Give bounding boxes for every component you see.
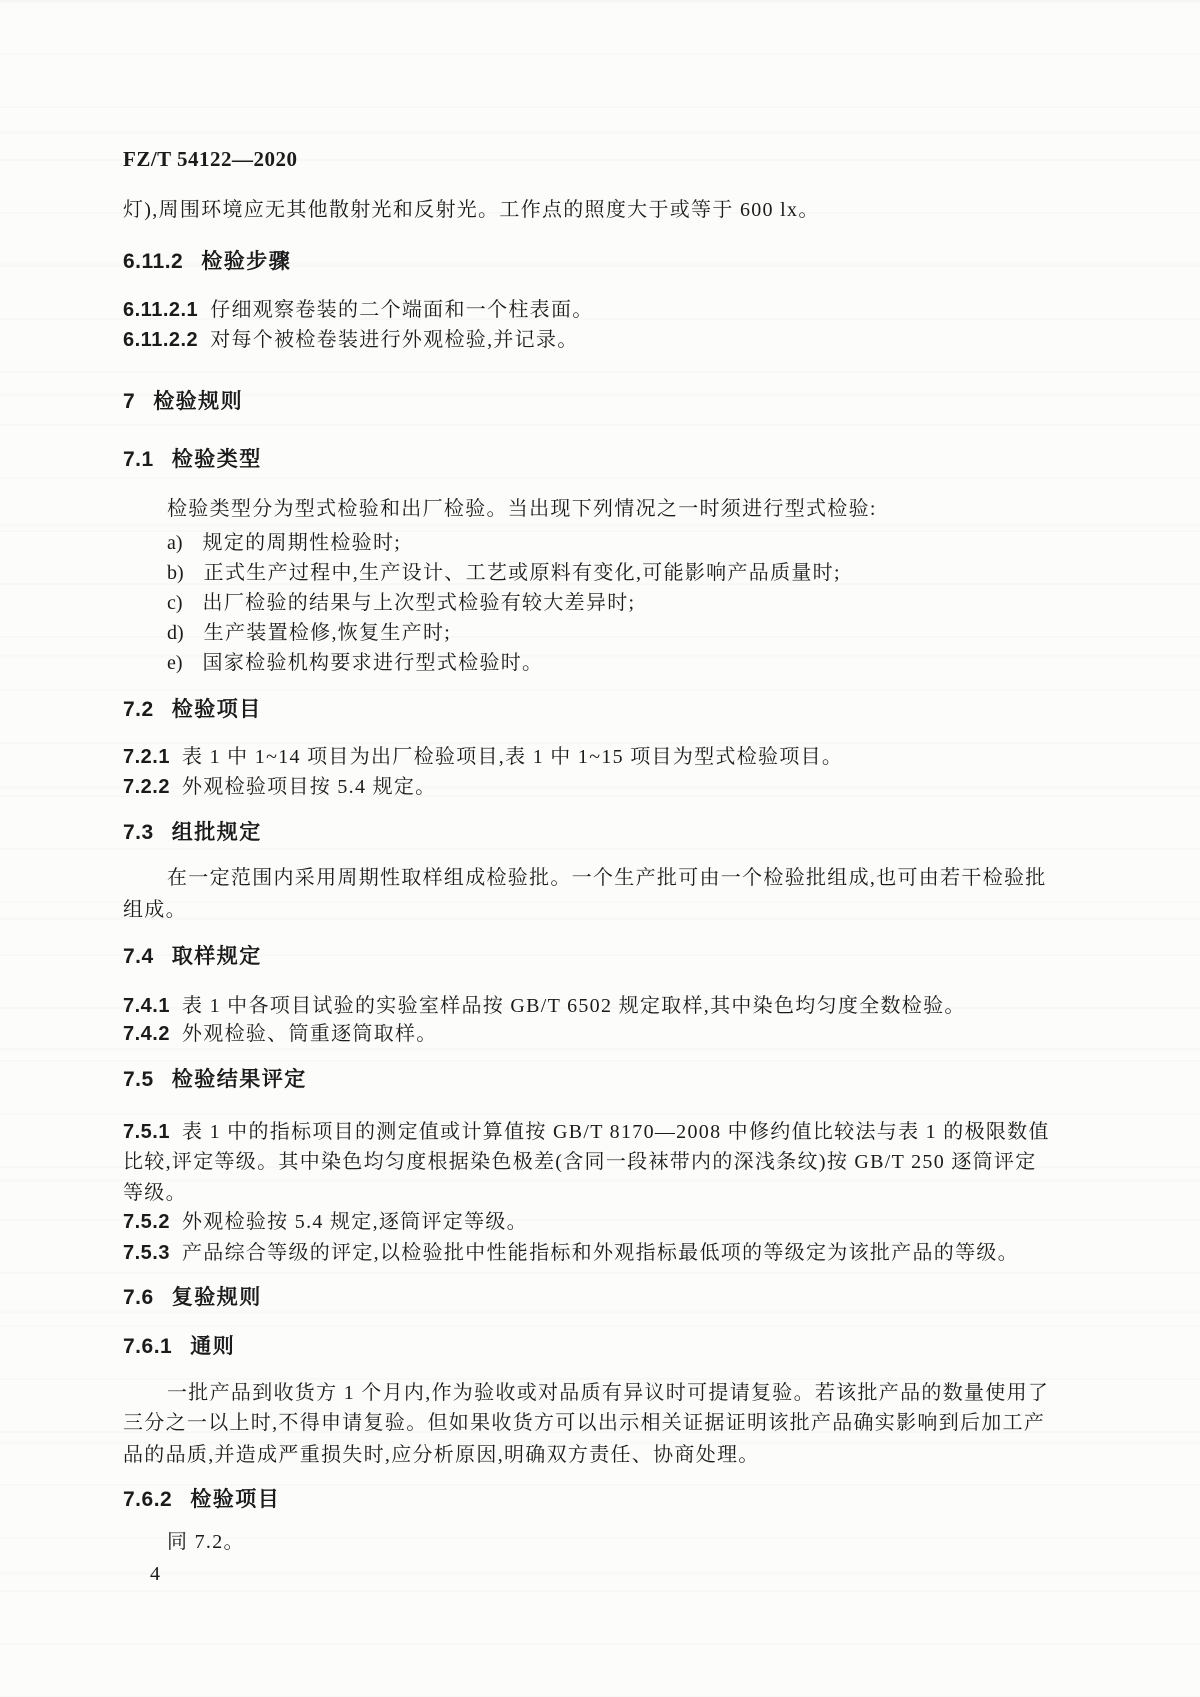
clause-number: 7.5.2 xyxy=(123,1211,170,1233)
chapter-heading: 7检验规则 xyxy=(123,389,1073,415)
subsection-number: 7.6.1 xyxy=(123,1335,172,1358)
section-heading: 7.3组批规定 xyxy=(123,820,1073,846)
subsection-heading: 7.6.2检验项目 xyxy=(123,1487,1073,1513)
paragraph-line: 三分之一以上时,不得申请复验。但如果收货方可以出示相关证据证明该批产品确实影响到… xyxy=(123,1410,1073,1436)
clause-line: 7.4.1表 1 中各项目试验的实验室样品按 GB/T 6502 规定取样,其中… xyxy=(123,993,1073,1019)
list-text: 规定的周期性检验时; xyxy=(203,532,402,554)
clause-number: 7.5.1 xyxy=(123,1121,170,1143)
clause-number: 7.2.2 xyxy=(123,776,170,798)
list-text: 生产装置检修,恢复生产时; xyxy=(204,622,451,644)
section-title: 复验规则 xyxy=(172,1286,262,1309)
section-number: 7.3 xyxy=(123,821,154,844)
section-title: 检验步骤 xyxy=(201,250,291,273)
clause-text: 产品综合等级的评定,以检验批中性能指标和外观指标最低项的等级定为该批产品的等级。 xyxy=(182,1242,1019,1264)
clause-text: 表 1 中的指标项目的测定值或计算值按 GB/T 8170—2008 中修约值比… xyxy=(182,1121,1050,1143)
section-heading: 7.6复验规则 xyxy=(123,1285,1073,1311)
paragraph-line: 同 7.2。 xyxy=(123,1529,1117,1555)
list-marker: e) xyxy=(167,652,183,674)
subsection-heading: 7.6.1通则 xyxy=(123,1334,1073,1360)
clause-text: 表 1 中各项目试验的实验室样品按 GB/T 6502 规定取样,其中染色均匀度… xyxy=(182,995,966,1017)
paragraph-line: 在一定范围内采用周期性取样组成检验批。一个生产批可由一个检验批组成,也可由若干检… xyxy=(123,865,1117,891)
clause-text: 外观检验项目按 5.4 规定。 xyxy=(182,776,437,798)
clause-line: 7.5.1表 1 中的指标项目的测定值或计算值按 GB/T 8170—2008 … xyxy=(123,1119,1073,1145)
paragraph-line: 检验类型分为型式检验和出厂检验。当出现下列情况之一时须进行型式检验: xyxy=(123,496,1117,522)
clause-line: 7.2.1表 1 中 1~14 项目为出厂检验项目,表 1 中 1~15 项目为… xyxy=(123,744,1073,770)
document-page: FZ/T 54122—2020 灯),周围环境应无其他散射光和反射光。工作点的照… xyxy=(0,0,1200,1697)
standard-code-header: FZ/T 54122—2020 xyxy=(123,146,1073,172)
clause-number: 7.4.2 xyxy=(123,1023,170,1045)
clause-number: 7.4.1 xyxy=(123,995,170,1017)
clause-text: 外观检验、筒重逐筒取样。 xyxy=(182,1023,438,1045)
list-item: d)生产装置检修,恢复生产时; xyxy=(167,620,1117,646)
clause-number: 6.11.2.1 xyxy=(123,299,198,321)
clause-line: 7.5.2外观检验按 5.4 规定,逐筒评定等级。 xyxy=(123,1209,1073,1235)
chapter-title: 检验规则 xyxy=(153,390,243,413)
section-number: 7.2 xyxy=(123,698,154,721)
clause-number: 7.2.1 xyxy=(123,746,170,768)
list-item: e)国家检验机构要求进行型式检验时。 xyxy=(167,650,1117,676)
clause-line: 7.2.2外观检验项目按 5.4 规定。 xyxy=(123,774,1073,800)
clause-line: 6.11.2.2对每个被检卷装进行外观检验,并记录。 xyxy=(123,327,1073,353)
list-marker: d) xyxy=(167,622,184,644)
section-heading: 7.1检验类型 xyxy=(123,447,1073,473)
subsection-number: 7.6.2 xyxy=(123,1488,172,1511)
paragraph-line: 比较,评定等级。其中染色均匀度根据染色极差(含同一段袜带内的深浅条纹)按 GB/… xyxy=(123,1149,1073,1175)
clause-text: 外观检验按 5.4 规定,逐筒评定等级。 xyxy=(182,1211,528,1233)
section-number: 7.6 xyxy=(123,1286,154,1309)
list-item: a)规定的周期性检验时; xyxy=(167,530,1117,556)
section-title: 检验类型 xyxy=(172,448,262,471)
subsection-title: 检验项目 xyxy=(190,1488,280,1511)
clause-line: 7.5.3产品综合等级的评定,以检验批中性能指标和外观指标最低项的等级定为该批产… xyxy=(123,1240,1073,1266)
section-title: 取样规定 xyxy=(172,945,262,968)
paragraph-line: 品的品质,并造成严重损失时,应分析原因,明确双方责任、协商处理。 xyxy=(123,1442,1073,1468)
clause-line: 7.4.2外观检验、筒重逐筒取样。 xyxy=(123,1021,1073,1047)
clause-line: 6.11.2.1仔细观察卷装的二个端面和一个柱表面。 xyxy=(123,297,1073,323)
clause-number: 6.11.2.2 xyxy=(123,329,198,351)
paragraph-line: 一批产品到收货方 1 个月内,作为验收或对品质有异议时可提请复验。若该批产品的数… xyxy=(123,1380,1117,1406)
chapter-number: 7 xyxy=(123,390,135,413)
section-heading: 6.11.2检验步骤 xyxy=(123,249,1073,275)
list-text: 国家检验机构要求进行型式检验时。 xyxy=(203,652,544,674)
section-heading: 7.2检验项目 xyxy=(123,697,1073,723)
section-number: 6.11.2 xyxy=(123,250,183,273)
clause-text: 表 1 中 1~14 项目为出厂检验项目,表 1 中 1~15 项目为型式检验项… xyxy=(182,746,843,768)
list-item: b)正式生产过程中,生产设计、工艺或原料有变化,可能影响产品质量时; xyxy=(167,560,1117,586)
clause-text: 仔细观察卷装的二个端面和一个柱表面。 xyxy=(210,299,593,321)
body-line: 灯),周围环境应无其他散射光和反射光。工作点的照度大于或等于 600 lx。 xyxy=(123,197,1073,223)
page-number: 4 xyxy=(150,1563,160,1586)
list-marker: a) xyxy=(167,532,183,554)
paragraph-line: 等级。 xyxy=(123,1180,1073,1206)
list-text: 正式生产过程中,生产设计、工艺或原料有变化,可能影响产品质量时; xyxy=(204,562,841,584)
clause-text: 对每个被检卷装进行外观检验,并记录。 xyxy=(210,329,578,351)
section-number: 7.4 xyxy=(123,945,154,968)
list-text: 出厂检验的结果与上次型式检验有较大差异时; xyxy=(203,592,636,614)
section-heading: 7.4取样规定 xyxy=(123,944,1073,970)
subsection-title: 通则 xyxy=(190,1335,235,1358)
list-marker: b) xyxy=(167,562,184,584)
list-item: c)出厂检验的结果与上次型式检验有较大差异时; xyxy=(167,590,1117,616)
list-marker: c) xyxy=(167,592,183,614)
clause-number: 7.5.3 xyxy=(123,1242,170,1264)
section-title: 检验项目 xyxy=(172,698,262,721)
section-heading: 7.5检验结果评定 xyxy=(123,1067,1073,1093)
section-title: 组批规定 xyxy=(172,821,262,844)
section-title: 检验结果评定 xyxy=(172,1068,307,1091)
section-number: 7.1 xyxy=(123,448,154,471)
section-number: 7.5 xyxy=(123,1068,154,1091)
paragraph-line: 组成。 xyxy=(123,897,1073,923)
